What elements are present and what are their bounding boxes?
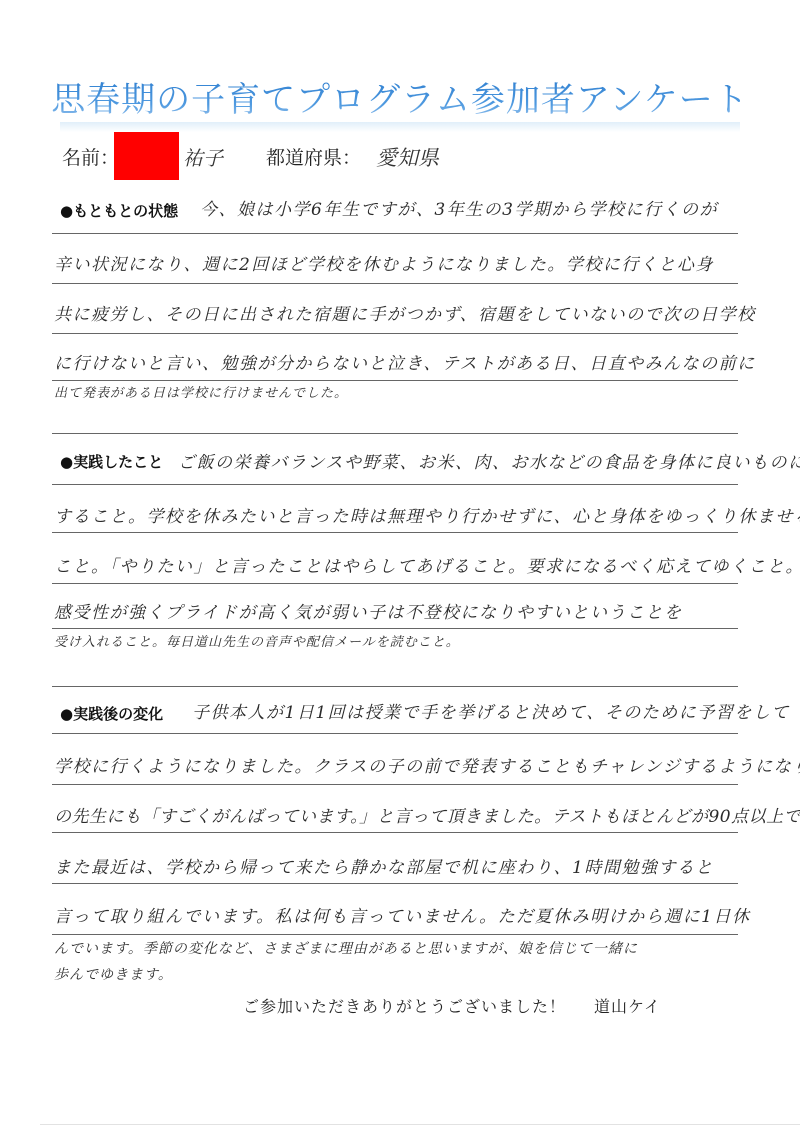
thanks-text: ご参加いただきありがとうございました！	[243, 997, 566, 1016]
survey-title: 思春期の子育てプログラム参加者アンケート	[0, 78, 800, 122]
section-heading-practice: ●実践したこと	[60, 452, 163, 472]
section-heading-original-state: ●もともとの状態	[60, 201, 178, 221]
answer-line: 言って取り組んでいます。私は何も言っていません。ただ夏休み明けから週に1日休	[54, 906, 750, 928]
answer-line: 学校に行くようになりました。クラスの子の前で発表することもチャレンジするようにな…	[54, 756, 800, 778]
answer-line: ご飯の栄養バランスや野菜、お米、肉、お水などの食品を身体に良いものに	[178, 452, 800, 474]
ruled-line	[52, 832, 738, 833]
signature: 道山ケイ	[594, 997, 661, 1016]
ruled-line	[52, 784, 738, 785]
answer-line: 感受性が強くプライドが高く気が弱い子は不登校になりやすいということを	[54, 602, 683, 624]
answer-line: 今、娘は小学6年生ですが、3年生の3学期から学校に行くのが	[200, 199, 718, 221]
ruled-line	[52, 283, 738, 284]
answer-line: すること。学校を休みたいと言った時は無理やり行かせずに、心と身体をゆっくり休ませ…	[54, 506, 800, 528]
answer-line: 出て発表がある日は学校に行けませんでした。	[54, 383, 348, 405]
closing-message: ご参加いただきありがとうございました！道山ケイ	[243, 994, 661, 1017]
answer-line: 辛い状況になり、週に2回ほど学校を休むようになりました。学校に行くと心身	[54, 254, 714, 276]
ruled-line	[52, 333, 738, 334]
ruled-line	[52, 883, 738, 884]
ruled-line	[52, 233, 738, 234]
answer-line: 受け入れること。毎日道山先生の音声や配信メールを読むこと。	[54, 632, 460, 654]
ruled-line	[52, 484, 738, 485]
ruled-line	[52, 686, 738, 687]
answer-line: 共に疲労し、その日に出された宿題に手がつかず、宿題をしていないので次の日学校	[54, 304, 756, 326]
ruled-line	[52, 934, 738, 935]
survey-sheet: 思春期の子育てプログラム参加者アンケート 名前： 祐子 都道府県： 愛知県 ●も…	[0, 0, 800, 1130]
prefecture-value: 愛知県	[376, 138, 439, 178]
prefecture-label: 都道府県：	[266, 138, 361, 178]
answer-line: 歩んでゆきます。	[54, 964, 173, 986]
name-value: 祐子	[183, 138, 223, 178]
answer-line: の先生にも「すごくがんばっています。」と言って頂きました。テストもほとんどが90…	[54, 806, 800, 828]
redacted-surname	[114, 132, 179, 180]
ruled-line	[52, 532, 738, 533]
section-heading-changes-after: ●実践後の変化	[60, 704, 163, 724]
ruled-line	[52, 583, 738, 584]
ruled-line	[52, 733, 738, 734]
answer-line: こと。「やりたい」と言ったことはやらしてあげること。要求になるべく応えてゆくこと…	[54, 556, 800, 578]
answer-line: 子供本人が1日1回は授業で手を挙げると決めて、そのために予習をして	[192, 702, 790, 724]
name-label: 名前：	[62, 138, 119, 178]
answer-line: また最近は、学校から帰って来たら静かな部屋で机に座わり、1時間勉強すると	[54, 857, 714, 879]
title-reflection	[60, 122, 740, 132]
answer-line: に行けないと言い、勉強が分からないと泣き、テストがある日、日直やみんなの前に	[54, 353, 756, 375]
ruled-line	[52, 628, 738, 629]
ruled-line	[52, 433, 738, 434]
ruled-line	[52, 380, 738, 381]
page-bottom-edge	[40, 1124, 800, 1125]
answer-line: んでいます。季節の変化など、さまざまに理由があると思いますが、娘を信じて一緒に	[54, 938, 638, 960]
